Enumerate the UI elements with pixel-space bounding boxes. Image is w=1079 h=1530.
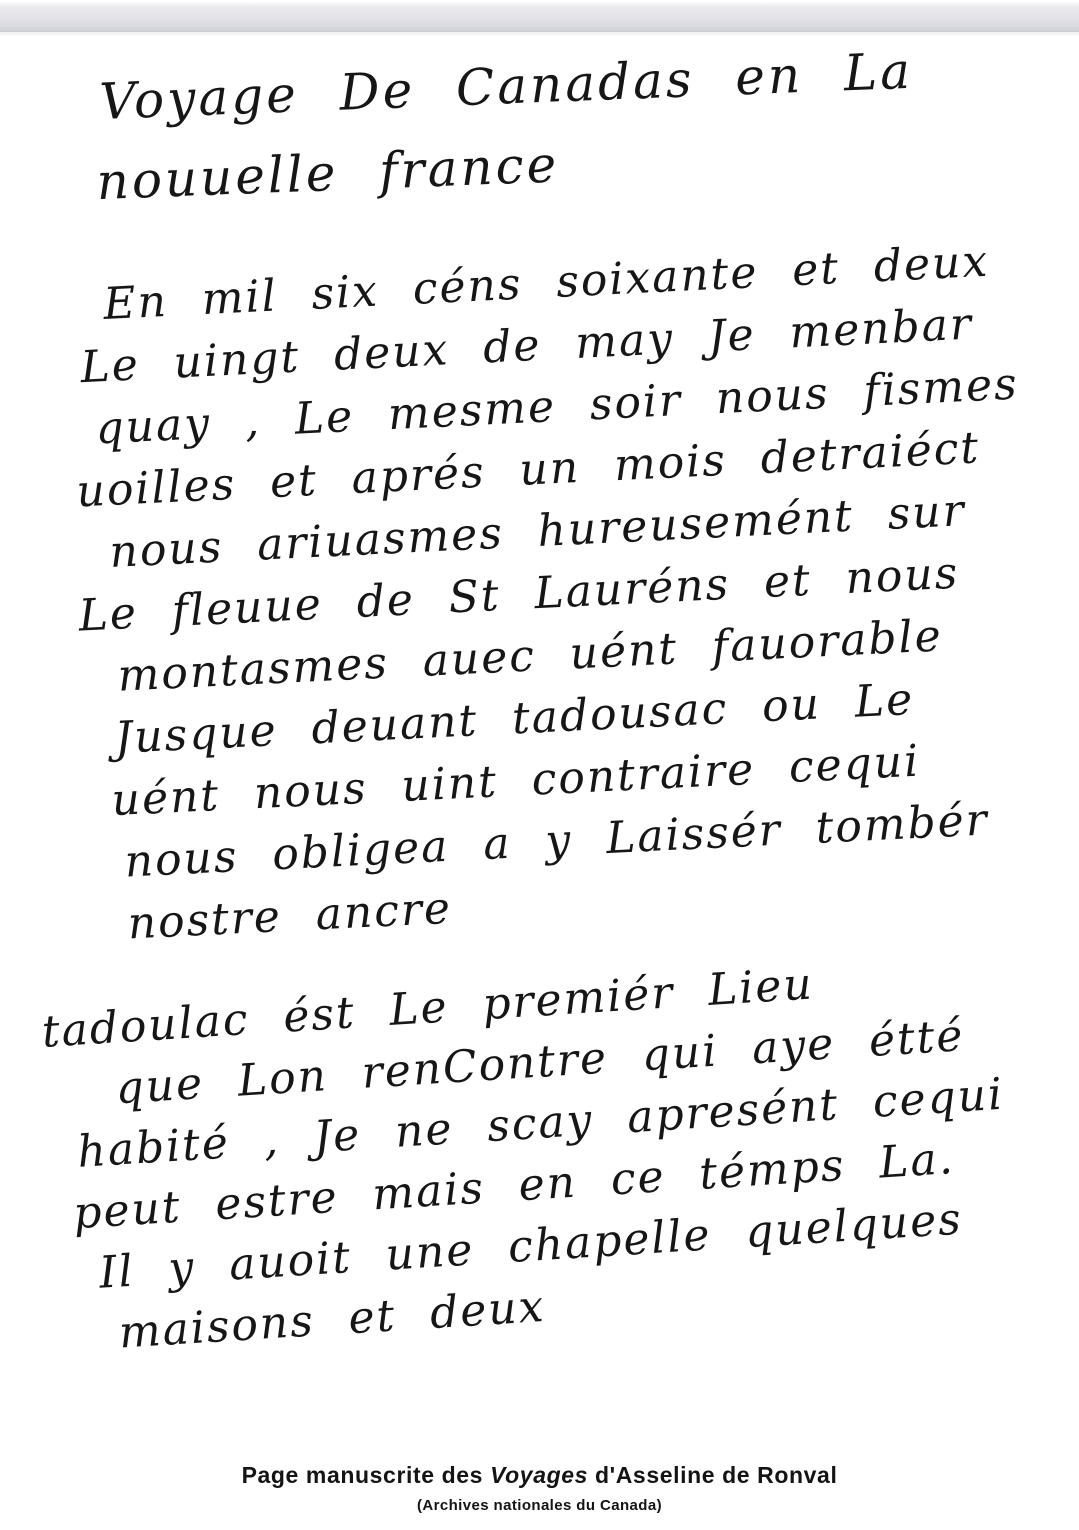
caption-suffix: d'Asseline de Ronval bbox=[588, 1462, 837, 1488]
manuscript-title: Voyage De Canadas en La nouuelle france bbox=[98, 31, 917, 222]
caption-text: Page manuscrite des Voyages d'Asseline d… bbox=[0, 1462, 1079, 1489]
caption-work-title: Voyages bbox=[490, 1462, 588, 1488]
manuscript-scan-page: Voyage De Canadas en La nouuelle france … bbox=[0, 0, 1079, 1530]
manuscript-paragraph-1: En mil six céns soixante et deux Le uing… bbox=[62, 230, 1044, 958]
figure-caption: Page manuscrite des Voyages d'Asseline d… bbox=[0, 1462, 1079, 1514]
caption-source: (Archives nationales du Canada) bbox=[0, 1497, 1079, 1514]
viewer-top-bar bbox=[0, 0, 1079, 35]
manuscript-paragraph-2: tadoulac ést Le premiér Lieu que Lon ren… bbox=[40, 942, 1017, 1367]
caption-prefix: Page manuscrite des bbox=[242, 1462, 491, 1488]
